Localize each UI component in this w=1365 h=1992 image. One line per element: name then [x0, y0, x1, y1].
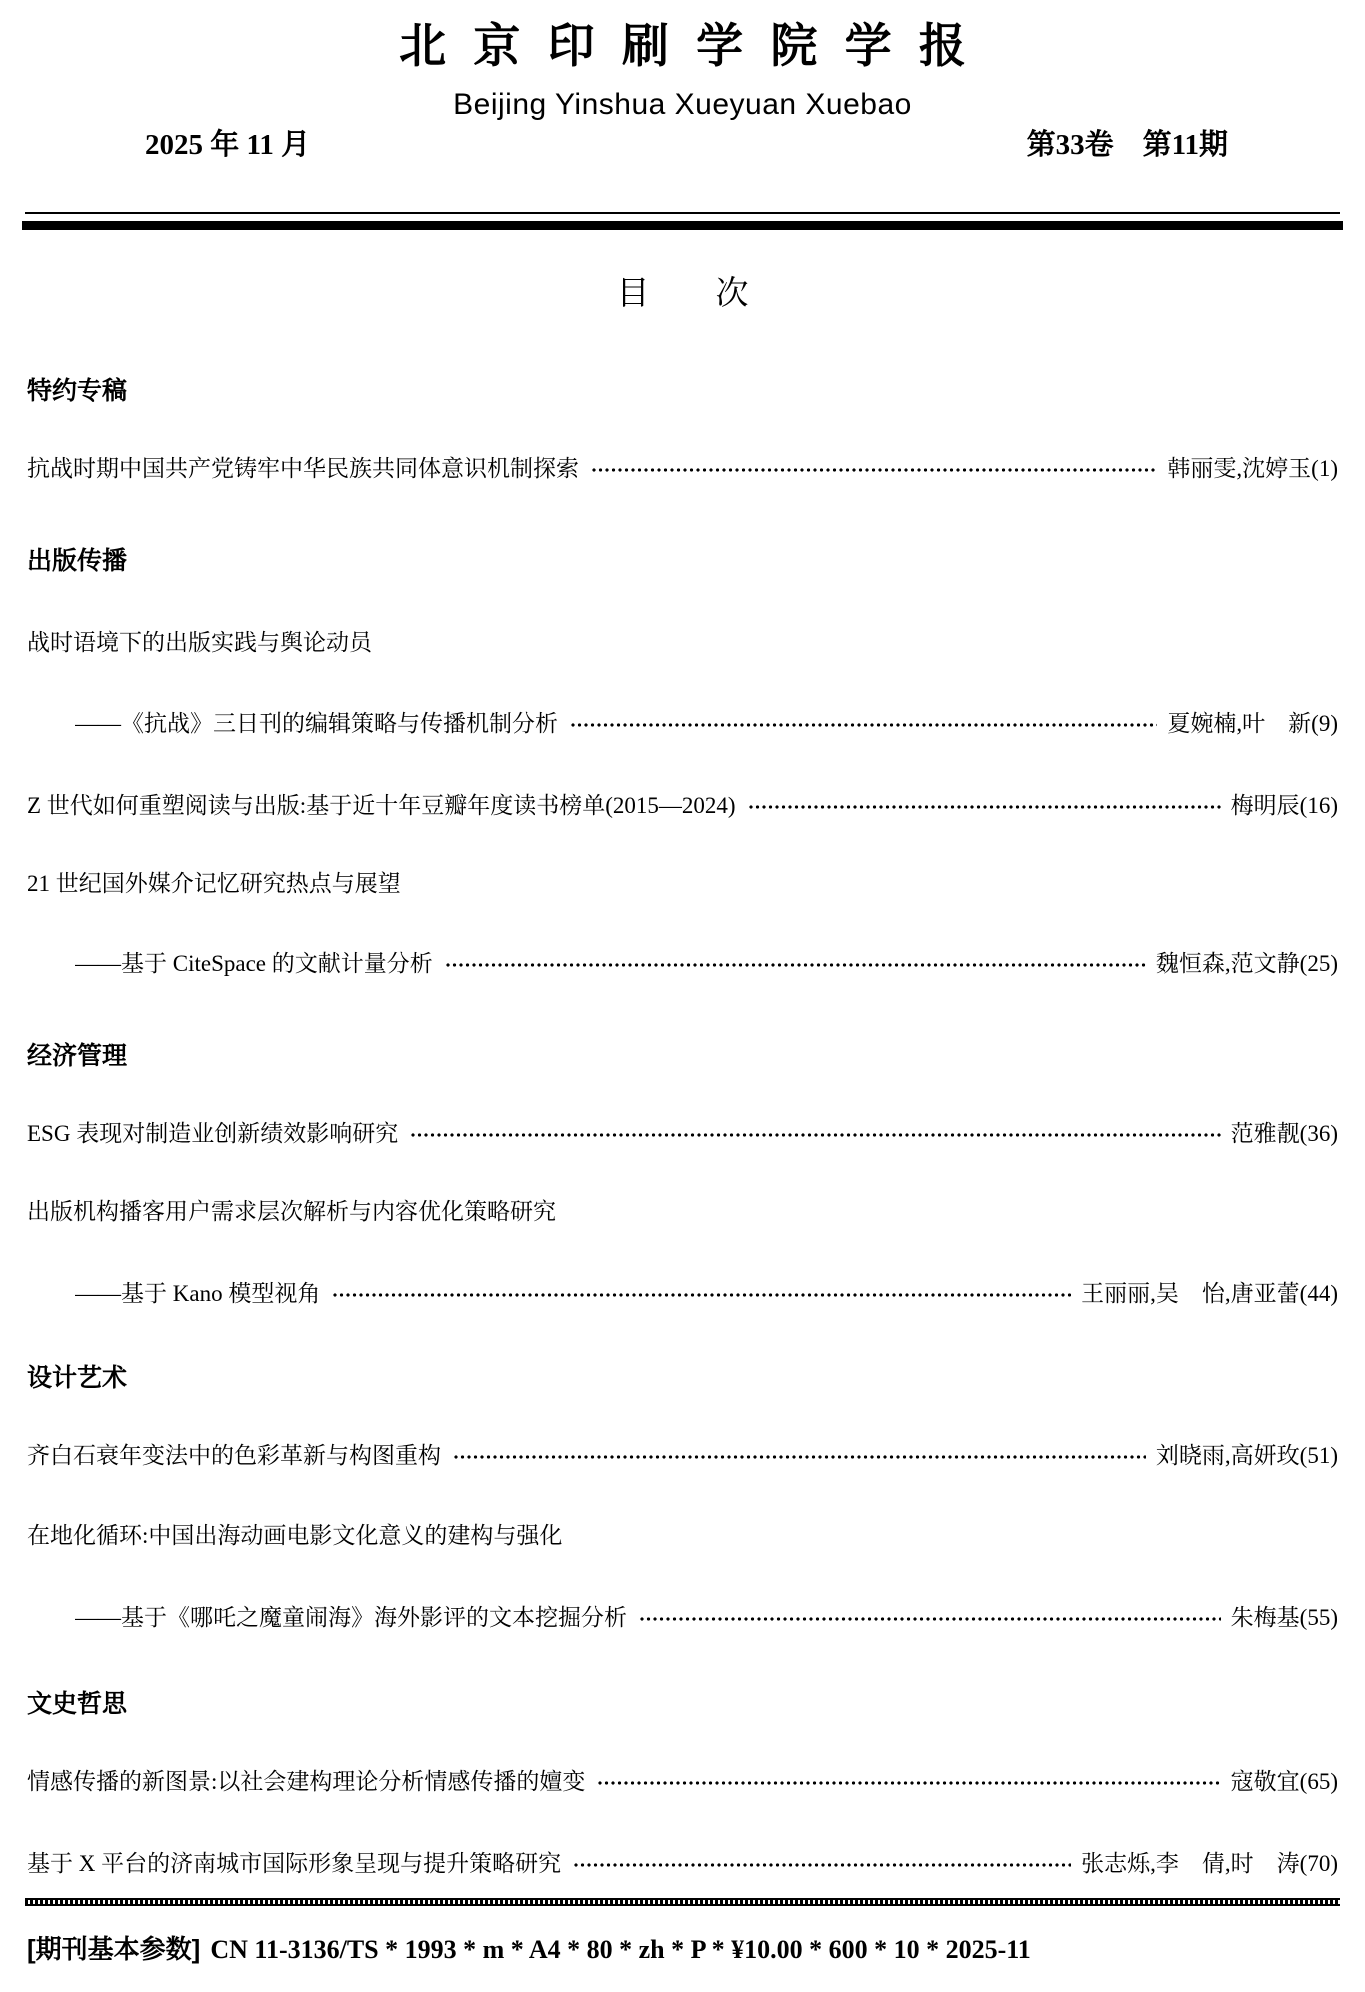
- dot-leader: [573, 1862, 1071, 1868]
- toc-entry-authors: 寇敬宜(65): [1231, 1769, 1338, 1795]
- section-header: 文史哲思: [27, 1691, 1338, 1717]
- toc-entry: 基于 X 平台的济南城市国际形象呈现与提升策略研究 张志烁,李 倩,时 涛(70…: [27, 1851, 1338, 1877]
- toc-entry: ——基于 CiteSpace 的文献计量分析 魏恒森,范文静(25): [27, 951, 1338, 977]
- journal-toc-page: 北京印刷学院学报 Beijing Yinshua Xueyuan Xuebao …: [0, 0, 1365, 1992]
- toc-entry-title: Z 世代如何重塑阅读与出版:基于近十年豆瓣年度读书榜单(2015—2024): [27, 793, 736, 819]
- section-header: 设计艺术: [27, 1365, 1338, 1391]
- footer-rule: [25, 1898, 1340, 1906]
- toc-entry-line1: 21 世纪国外媒介记忆研究热点与展望: [27, 871, 1338, 897]
- dot-leader: [597, 1780, 1220, 1786]
- dot-leader: [332, 1292, 1071, 1298]
- dot-leader: [748, 804, 1221, 810]
- section-header: 特约专稿: [27, 378, 1338, 404]
- dot-leader: [591, 467, 1157, 473]
- toc-entry: 情感传播的新图景:以社会建构理论分析情感传播的嬗变 寇敬宜(65): [27, 1769, 1338, 1795]
- toc-entry-authors: 夏婉楠,叶 新(9): [1167, 711, 1338, 737]
- section-header: 经济管理: [27, 1043, 1338, 1069]
- toc-title: 目 次: [0, 274, 1365, 314]
- masthead: 北京印刷学院学报 Beijing Yinshua Xueyuan Xuebao …: [0, 0, 1365, 162]
- header-rule-thick: [22, 221, 1343, 230]
- issue-info-row: 2025 年 11 月 第33卷 第11期: [0, 128, 1365, 162]
- toc-entry: ESG 表现对制造业创新绩效影响研究 范雅靓(36): [27, 1121, 1338, 1147]
- dot-leader: [639, 1616, 1221, 1622]
- toc-entry-authors: 梅明辰(16): [1231, 793, 1338, 819]
- dot-leader: [410, 1132, 1220, 1138]
- toc-entry-line1: 出版机构播客用户需求层次解析与内容优化策略研究: [27, 1199, 1338, 1225]
- issue-date: 2025 年 11 月: [145, 128, 310, 162]
- toc-entry-subtitle: ——基于 CiteSpace 的文献计量分析: [75, 951, 433, 977]
- toc-entry-authors: 韩丽雯,沈婷玉(1): [1167, 456, 1338, 482]
- journal-parameters-label: [期刊基本参数]: [27, 1934, 200, 1964]
- toc-entry-title: 抗战时期中国共产党铸牢中华民族共同体意识机制探索: [27, 456, 579, 482]
- toc-entry-authors: 朱梅基(55): [1231, 1605, 1338, 1631]
- toc-entry: ——基于《哪吒之魔童闹海》海外影评的文本挖掘分析 朱梅基(55): [27, 1605, 1338, 1631]
- toc-entry-authors: 范雅靓(36): [1231, 1121, 1338, 1147]
- dot-leader: [570, 722, 1157, 728]
- dot-leader: [453, 1454, 1146, 1460]
- volume-issue: 第33卷 第11期: [1027, 128, 1228, 162]
- toc-entry-authors: 王丽丽,吴 怡,唐亚蕾(44): [1081, 1281, 1338, 1307]
- toc-entry-title: 基于 X 平台的济南城市国际形象呈现与提升策略研究: [27, 1851, 561, 1877]
- toc-entry: ——《抗战》三日刊的编辑策略与传播机制分析 夏婉楠,叶 新(9): [27, 711, 1338, 737]
- toc-content: 特约专稿 抗战时期中国共产党铸牢中华民族共同体意识机制探索 韩丽雯,沈婷玉(1)…: [0, 378, 1365, 1877]
- section-header: 出版传播: [27, 548, 1338, 574]
- journal-title-pinyin: Beijing Yinshua Xueyuan Xuebao: [0, 88, 1365, 122]
- toc-entry-authors: 刘晓雨,高妍玫(51): [1156, 1443, 1338, 1469]
- toc-entry-subtitle: ——《抗战》三日刊的编辑策略与传播机制分析: [75, 711, 558, 737]
- toc-entry-subtitle: ——基于 Kano 模型视角: [75, 1281, 320, 1307]
- toc-entry: 齐白石衰年变法中的色彩革新与构图重构 刘晓雨,高妍玫(51): [27, 1443, 1338, 1469]
- dot-leader: [445, 962, 1146, 968]
- toc-entry: Z 世代如何重塑阅读与出版:基于近十年豆瓣年度读书榜单(2015—2024) 梅…: [27, 793, 1338, 819]
- toc-entry-title: ESG 表现对制造业创新绩效影响研究: [27, 1121, 398, 1147]
- toc-entry-title: 齐白石衰年变法中的色彩革新与构图重构: [27, 1443, 441, 1469]
- toc-entry-authors: 张志烁,李 倩,时 涛(70): [1081, 1851, 1338, 1877]
- toc-entry: 抗战时期中国共产党铸牢中华民族共同体意识机制探索 韩丽雯,沈婷玉(1): [27, 456, 1338, 482]
- toc-entry-line1: 战时语境下的出版实践与舆论动员: [27, 630, 1338, 656]
- journal-parameters: [期刊基本参数]CN 11-3136/TS * 1993 * m * A4 * …: [0, 1932, 1365, 1967]
- toc-entry-authors: 魏恒森,范文静(25): [1156, 951, 1338, 977]
- journal-parameters-values: CN 11-3136/TS * 1993 * m * A4 * 80 * zh …: [210, 1935, 1030, 1964]
- toc-entry-line1: 在地化循环:中国出海动画电影文化意义的建构与强化: [27, 1523, 1338, 1549]
- toc-entry-subtitle: ——基于《哪吒之魔童闹海》海外影评的文本挖掘分析: [75, 1605, 627, 1631]
- header-rule-thin: [25, 212, 1340, 214]
- toc-entry: ——基于 Kano 模型视角 王丽丽,吴 怡,唐亚蕾(44): [27, 1281, 1338, 1307]
- toc-entry-title: 情感传播的新图景:以社会建构理论分析情感传播的嬗变: [27, 1769, 585, 1795]
- journal-title: 北京印刷学院学报: [0, 20, 1365, 74]
